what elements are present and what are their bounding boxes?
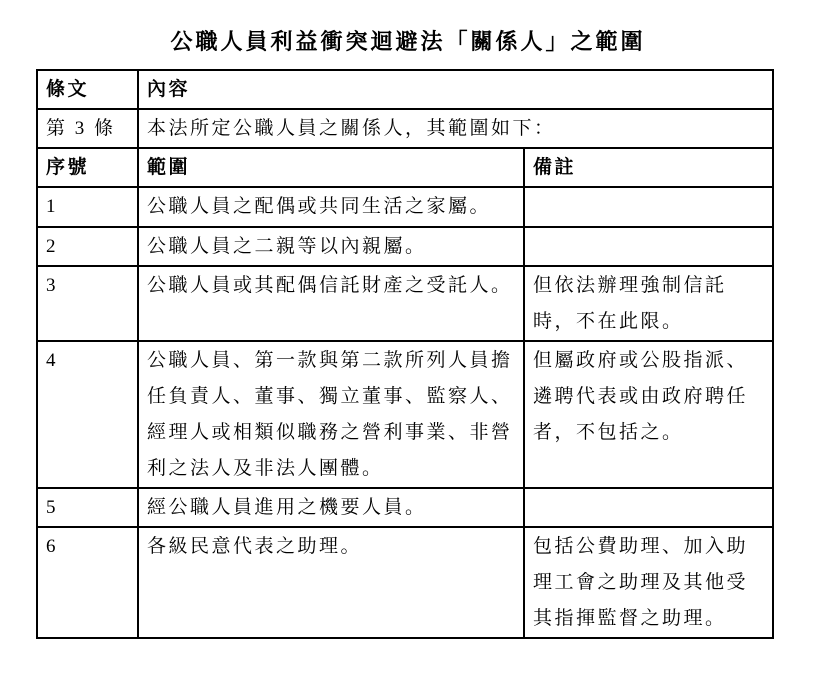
row-number: 6 xyxy=(37,527,138,638)
subheader-note-label: 備註 xyxy=(524,148,773,187)
row-scope: 公職人員或其配偶信託財產之受託人。 xyxy=(138,266,524,341)
row-number: 1 xyxy=(37,187,138,227)
row-scope: 公職人員之二親等以內親屬。 xyxy=(138,227,524,266)
table-row: 5 經公職人員進用之機要人員。 xyxy=(37,488,773,527)
table-row: 1 公職人員之配偶或共同生活之家屬。 xyxy=(37,187,773,227)
header-row: 條文 內容 xyxy=(37,70,773,109)
row-number: 4 xyxy=(37,341,138,488)
table-row: 2 公職人員之二親等以內親屬。 xyxy=(37,227,773,266)
row-note: 但依法辦理強制信託 時，不在此限。 xyxy=(524,266,773,341)
row-number: 2 xyxy=(37,227,138,266)
document-page: 公職人員利益衝突迴避法「關係人」之範圍 條文 內容 第 3 條 本法所定公職人員… xyxy=(0,0,816,695)
table-row: 4 公職人員、第一款與第二款所列人員擔 任負責人、董事、獨立董事、監察人、 經理… xyxy=(37,341,773,488)
row-note xyxy=(524,488,773,527)
article-number: 第 3 條 xyxy=(37,109,138,148)
article-row: 第 3 條 本法所定公職人員之關係人，其範圍如下： xyxy=(37,109,773,148)
article-content: 本法所定公職人員之關係人，其範圍如下： xyxy=(138,109,773,148)
related-persons-table: 條文 內容 第 3 條 本法所定公職人員之關係人，其範圍如下： 序號 範圍 備註… xyxy=(36,69,774,639)
table-row: 6 各級民意代表之助理。 包括公費助理、加入助 理工會之助理及其他受 其指揮監督… xyxy=(37,527,773,638)
subheader-scope-label: 範圍 xyxy=(138,148,524,187)
row-scope: 公職人員之配偶或共同生活之家屬。 xyxy=(138,187,524,227)
subheader-row: 序號 範圍 備註 xyxy=(37,148,773,187)
document-title: 公職人員利益衝突迴避法「關係人」之範圍 xyxy=(0,0,816,57)
row-scope: 經公職人員進用之機要人員。 xyxy=(138,488,524,527)
table-row: 3 公職人員或其配偶信託財產之受託人。 但依法辦理強制信託 時，不在此限。 xyxy=(37,266,773,341)
row-number: 5 xyxy=(37,488,138,527)
header-article-label: 條文 xyxy=(37,70,138,109)
row-number: 3 xyxy=(37,266,138,341)
row-note: 但屬政府或公股指派、 遴聘代表或由政府聘任 者，不包括之。 xyxy=(524,341,773,488)
row-note: 包括公費助理、加入助 理工會之助理及其他受 其指揮監督之助理。 xyxy=(524,527,773,638)
header-content-label: 內容 xyxy=(138,70,773,109)
row-note xyxy=(524,187,773,227)
row-note xyxy=(524,227,773,266)
row-scope: 各級民意代表之助理。 xyxy=(138,527,524,638)
row-scope: 公職人員、第一款與第二款所列人員擔 任負責人、董事、獨立董事、監察人、 經理人或… xyxy=(138,341,524,488)
subheader-no-label: 序號 xyxy=(37,148,138,187)
